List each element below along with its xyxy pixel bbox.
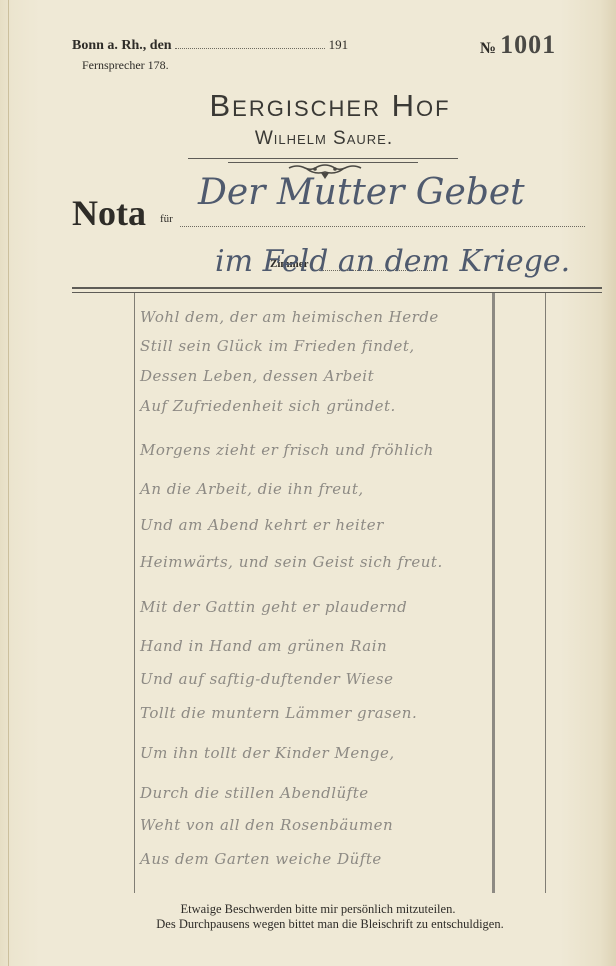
room-field-value: im Feld an dem Kriege.	[215, 244, 570, 279]
phone-number: Fernsprecher 178.	[82, 58, 169, 73]
for-field-line	[180, 226, 585, 227]
poem-line: Wohl dem, der am heimischen Herde	[140, 308, 439, 326]
amount-column-divider	[492, 293, 495, 893]
poem-line: Dessen Leben, dessen Arbeit	[140, 367, 374, 385]
letterhead-rule-top	[188, 158, 458, 159]
year-prefix: 191	[329, 37, 349, 52]
poem-line: Weht von all den Rosenbäumen	[140, 816, 393, 834]
poem-line: Durch die stillen Abendlüfte	[140, 784, 369, 802]
poem-line: Mit der Gattin geht er plaudernd	[140, 598, 407, 616]
poem-line-text: Dessen Leben, dessen Arbeit	[140, 367, 374, 385]
nota-label: Nota	[72, 192, 146, 234]
for-field-value: Der Mutter Gebet	[198, 172, 525, 213]
place-date-label: Bonn a. Rh., den	[72, 38, 172, 53]
poem-line: Morgens zieht er frisch und fröhlich	[140, 441, 434, 459]
number-symbol: №	[480, 40, 496, 57]
hotel-bill-form: Bonn a. Rh., den 191 Fernsprecher 178. №…	[0, 0, 616, 966]
proprietor-name: Wilhelm Saure.	[0, 128, 616, 150]
pfennig-column-divider	[545, 293, 546, 893]
poem-line: Aus dem Garten weiche Düfte	[140, 850, 382, 868]
poem-line: Auf Zufriedenheit sich gründet.	[140, 397, 396, 415]
footer-pencil-note: Des Durchpausens wegen bittet man die Bl…	[0, 917, 616, 932]
poem-line: Heimwärts, und sein Geist sich freut.	[140, 553, 443, 571]
table-left-border	[134, 293, 135, 893]
poem-line: Still sein Glück im Frieden findet,	[140, 337, 415, 355]
bill-number: № 1001	[480, 30, 556, 60]
hotel-name: Bergischer Hof	[0, 88, 616, 124]
footer-complaints-note: Etwaige Beschwerden bitte mir persönlich…	[0, 902, 616, 917]
for-label: für	[160, 213, 173, 225]
number-stamp: 1001	[500, 30, 556, 59]
poem-line: Und auf saftig-duftender Wiese	[140, 670, 393, 688]
poem-line: Und am Abend kehrt er heiter	[140, 516, 384, 534]
poem-line: Tollt die muntern Lämmer grasen.	[140, 704, 417, 722]
poem-line: Hand in Hand am grünen Rain	[140, 637, 387, 655]
table-top-rule-thin	[72, 292, 602, 293]
poem-line: Um ihn tollt der Kinder Menge,	[140, 744, 395, 762]
place-date-line: Bonn a. Rh., den 191	[72, 37, 348, 54]
table-top-rule	[72, 287, 602, 289]
poem-line: An die Arbeit, die ihn freut,	[140, 480, 364, 498]
date-blank	[175, 37, 325, 49]
